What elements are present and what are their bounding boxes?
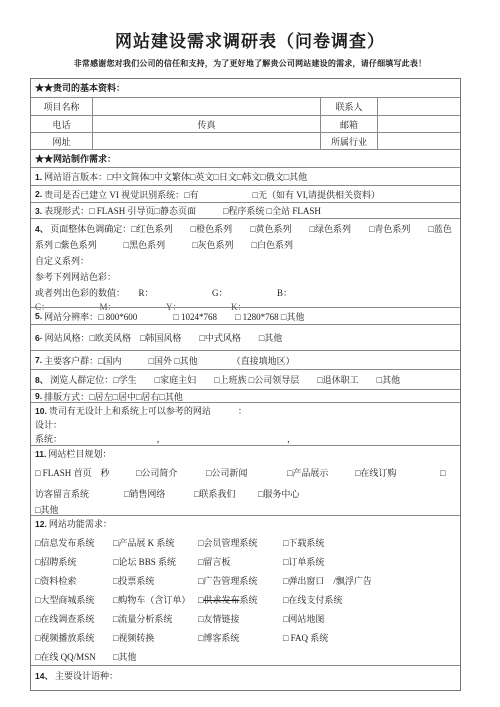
function-line: □在线 QQ/MSN □其他 [35, 647, 456, 666]
question-6: 6·网站风格：□欧美风格 □韩国风格 □中式风格 □其他 [31, 325, 460, 351]
checkbox-option: □在线调查系统 [35, 612, 113, 625]
checkbox-option: □公司简介 [136, 466, 206, 479]
question-10-text: 贵司有无设计上和系统上可以参考的网站 ： [49, 406, 247, 416]
industry-value [378, 133, 460, 149]
system-reference-line: 系统： ， ， [35, 432, 456, 446]
checkbox-option: □视频播放系统 [35, 631, 113, 644]
question-11-title: 网站栏目规划： [48, 449, 111, 459]
question-12-number: 12. [35, 519, 47, 529]
function-line: □视频播放系统 □视频转换 □博客系统 □ FAQ 系统 [35, 628, 456, 647]
question-6-text: 网站风格：□欧美风格 □韩国风格 □中式风格 □其他 [45, 331, 283, 344]
website-label: 网址 [31, 133, 93, 149]
question-3-number: 3. [35, 206, 42, 216]
checkbox-option: □在线支付系统 [283, 593, 456, 606]
checkbox-option: □在线 QQ/MSN [35, 650, 113, 663]
question-9-text: 排版方式：□居左□居中□居右□其他 [44, 390, 183, 403]
question-8: 8、浏览人群定位：□学生 □家庭主妇 □上班族 □公司领导层 □退休职工 □其他 [31, 370, 460, 390]
checkbox-option: □ FAQ 系统 [283, 631, 456, 644]
checkbox-option: □投票系统 [113, 574, 198, 587]
function-line: □资料检索 □投票系统 □广告管理系统 □弹出窗口 /飘浮广告 [35, 571, 456, 590]
color-scheme-line2: 系列 □紫色系列 □黑色系列 □灰色系列 □白色系列 [35, 237, 456, 253]
reference-color-line: 参考下列网站色彩： [35, 269, 456, 285]
question-8-text: 浏览人群定位：□学生 □家庭主妇 □上班族 □公司领导层 □退休职工 □其他 [50, 373, 400, 386]
checkbox-option: □网站地图 [283, 612, 456, 625]
checkbox-option: □下载系统 [283, 536, 456, 549]
site-sections-line1: □ FLASH 首页 秒 □公司简介 □公司新闻 □产品展示 □在线订购 □ [35, 463, 456, 482]
phone-label: 电话 [31, 116, 93, 132]
checkbox-option: □会员管理系统 [198, 536, 283, 549]
question-5-number: 5. [35, 311, 42, 321]
checkbox-option: □联系我们 [194, 487, 258, 500]
site-sections-other: □其他 [35, 504, 456, 516]
question-4-number: 4、 [35, 224, 48, 234]
question-4: 4、页面整体色调确定：□红色系列 □橙色系列 □黄色系列 □绿色系列 □青色系列… [31, 219, 460, 308]
checkbox-option: □广告管理系统 [198, 574, 283, 587]
option-supply-demand-publish: □供求发布系统 [198, 593, 283, 606]
color-scheme-line1: 页面整体色调确定：□红色系列 □橙色系列 □黄色系列 □绿色系列 □青色系列 □… [50, 224, 452, 234]
checkbox-option: □视频转换 [113, 631, 198, 644]
region-hint: （直接填地区） [232, 354, 295, 367]
question-1: 1.网站语言版本：□中文简体□中文繁体□英文□日文□韩文□俄文□其他 [31, 168, 460, 186]
custom-color-line: 自定义系列： [35, 253, 456, 269]
question-6-number: 6· [35, 333, 43, 343]
color-rgb-line: 或者列出色彩的数值： R： G： B： [35, 285, 456, 301]
question-1-text: 网站语言版本：□中文简体□中文繁体□英文□日文□韩文□俄文□其他 [44, 170, 307, 183]
function-line-strike: □大型商城系统 □购物车（含订单） □供求发布系统 □在线支付系统 [35, 590, 456, 609]
question-11: 11.网站栏目规划： □ FLASH 首页 秒 □公司简介 □公司新闻 □产品展… [31, 446, 460, 516]
survey-form-table: ★★贵司的基本资料： 项目名称 联系人 电话 传真 邮箱 网址 所属行业 ★★网… [30, 78, 461, 691]
option-text: 系统 [239, 593, 257, 606]
checkbox-option: □流量分析系统 [113, 612, 198, 625]
checkbox-option: □博客系统 [198, 631, 283, 644]
project-name-label: 项目名称 [31, 98, 93, 115]
checkbox-option: □订单系统 [283, 555, 456, 568]
checkbox-option: □留言板 [198, 555, 283, 568]
question-9-number: 9. [35, 391, 42, 401]
website-value [93, 133, 321, 149]
basic-info-row-phone: 电话 传真 邮箱 [31, 116, 460, 133]
project-name-value [93, 98, 321, 115]
question-11-number: 11. [35, 449, 46, 459]
checkbox-option: □资料检索 [35, 574, 113, 587]
page-title: 网站建设需求调研表（问卷调查） [0, 0, 500, 52]
function-line: □在线调查系统 □流量分析系统 □友情链接 □网站地图 [35, 609, 456, 628]
checkbox-option: □招聘系统 [35, 555, 113, 568]
industry-label: 所属行业 [321, 133, 378, 149]
question-10: 10.贵司有无设计上和系统上可以参考的网站 ： 设计： 系统： ， ， [31, 403, 460, 446]
question-14-text: 主要设计语种： [55, 671, 118, 681]
question-7-text: 主要客户群：□国内 □国外 □其他 [44, 354, 198, 367]
function-line: □招聘系统 □论坛 BBS 系统 □留言板 □订单系统 [35, 552, 456, 571]
checkbox-option: □其他 [113, 650, 198, 663]
checkbox-option: □在线订购 [355, 466, 440, 479]
checkbox-option: □弹出窗口 /飘浮广告 [283, 574, 456, 587]
basic-info-section-header: ★★贵司的基本资料： [31, 79, 460, 98]
question-2-number: 2. [35, 189, 42, 199]
question-2-text: 贵司是否已建立 VI 视觉识别系统：□有 □无（如有 VI,请提供相关资料） [44, 188, 380, 201]
question-1-number: 1. [35, 172, 42, 182]
checkbox-option: □论坛 BBS 系统 [113, 555, 198, 568]
struck-text: 供求发布 [203, 593, 239, 606]
checkbox-option: □销售网络 [124, 487, 194, 500]
design-reference-line: 设计： [35, 418, 456, 432]
question-2: 2.贵司是否已建立 VI 视觉识别系统：□有 □无（如有 VI,请提供相关资料） [31, 186, 460, 203]
checkbox-option: □产品展 K 系统 [113, 536, 198, 549]
question-5-text: 网站分辨率：□ 800*600 □ 1024*768 □ 1280*768 □其… [44, 310, 304, 323]
fax-label: 传真 [93, 116, 321, 132]
checkbox-option: □友情链接 [198, 612, 283, 625]
question-7: 7.主要客户群：□国内 □国外 □其他（直接填地区） [31, 351, 460, 370]
checkbox-option: □产品展示 [287, 466, 355, 479]
page-subtitle: 非常感谢您对我们公司的信任和支持，为了更好地了解贵公司网站建设的需求，请仔细填写… [0, 58, 500, 69]
question-7-number: 7. [35, 355, 42, 365]
checkbox-option: 访客留言系统 [35, 487, 124, 500]
contact-person-value [378, 98, 460, 115]
checkbox-option: □购物车（含订单） [113, 593, 198, 606]
checkbox-option: □ FLASH 首页 秒 [35, 466, 136, 479]
function-line: □信息发布系统 □产品展 K 系统 □会员管理系统 □下载系统 [35, 533, 456, 552]
question-14: 14、主要设计语种： [31, 666, 460, 690]
email-value [378, 116, 460, 132]
site-sections-line2: 访客留言系统 □销售网络 □联系我们 □服务中心 [35, 482, 456, 504]
question-9: 9.排版方式：□居左□居中□居右□其他 [31, 390, 460, 403]
question-12: 12.网站功能需求： □信息发布系统 □产品展 K 系统 □会员管理系统 □下载… [31, 516, 460, 666]
question-10-number: 10. [35, 406, 47, 416]
email-label: 邮箱 [321, 116, 378, 132]
document-page: 网站建设需求调研表（问卷调查） 非常感谢您对我们公司的信任和支持，为了更好地了解… [0, 0, 500, 707]
question-8-number: 8、 [35, 374, 48, 386]
checkbox-option: □ [440, 468, 456, 478]
production-section-header: ★★网站制作需求： [31, 150, 460, 168]
checkbox-option: □信息发布系统 [35, 536, 113, 549]
question-3-text: 表现形式：□ FLASH 引导页□静态页面 □程序系统 □全站 FLASH [44, 204, 321, 217]
basic-info-row-website: 网址 所属行业 [31, 133, 460, 150]
question-14-number: 14、 [35, 671, 53, 681]
basic-info-row-project: 项目名称 联系人 [31, 98, 460, 116]
question-12-title: 网站功能需求： [49, 519, 112, 529]
checkbox-option: □大型商城系统 [35, 593, 113, 606]
question-5: 5.网站分辨率：□ 800*600 □ 1024*768 □ 1280*768 … [31, 308, 460, 325]
checkbox-option: □公司新闻 [206, 466, 287, 479]
contact-person-label: 联系人 [321, 98, 378, 115]
checkbox-option: □服务中心 [258, 487, 456, 500]
question-3: 3.表现形式：□ FLASH 引导页□静态页面 □程序系统 □全站 FLASH [31, 203, 460, 219]
